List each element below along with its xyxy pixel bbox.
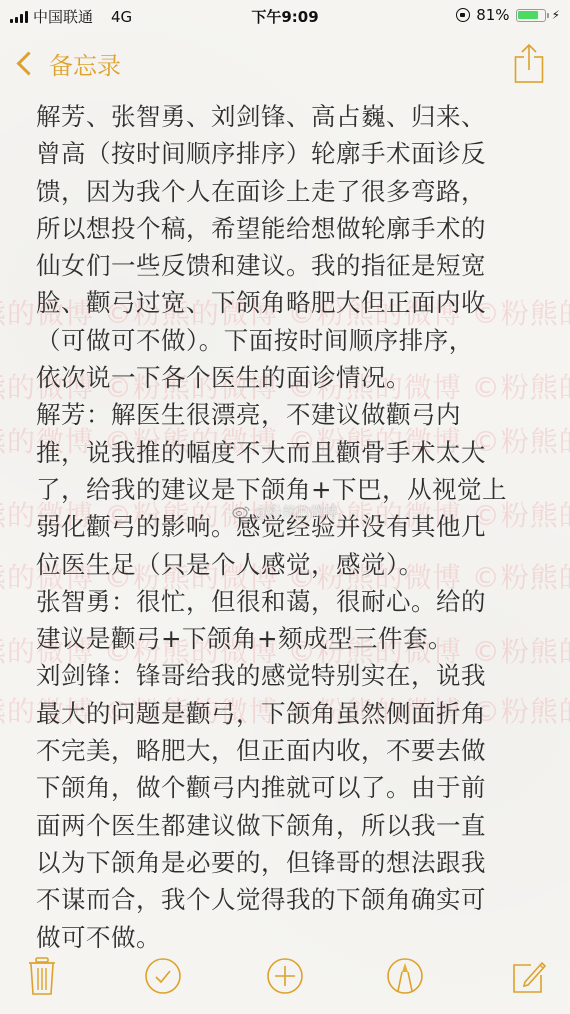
markup-button[interactable] [385, 956, 425, 996]
compose-button[interactable] [509, 956, 549, 996]
plus-circle-icon [265, 956, 305, 996]
add-button[interactable] [265, 956, 305, 996]
note-line: 解芳：解医生很漂亮，不建议做颧弓内 [36, 396, 516, 433]
share-icon [514, 42, 544, 84]
compose-icon [509, 956, 549, 996]
note-line: 馈，因为我个人在面诊上走了很多弯路， [36, 173, 516, 210]
note-line: 依次说一下各个医生的面诊情况。 [36, 359, 516, 396]
battery-icon [516, 9, 546, 22]
status-bar-right: 81% ⚡ [456, 6, 560, 24]
weibo-logo-icon [232, 505, 250, 519]
note-line: 最大的问题是颧弓，下颌角虽然侧面折角 [36, 695, 516, 732]
note-line: 面两个医生都建议做下颌角，所以我一直 [36, 807, 516, 844]
chevron-left-icon [16, 51, 40, 75]
note-line: 建议是颧弓+下颌角+颏成型三件套。 [36, 620, 516, 657]
trash-icon [22, 956, 62, 996]
battery-percent: 81% [476, 6, 509, 24]
delete-button[interactable] [22, 956, 62, 996]
navigation-bar: 备忘录 [0, 38, 570, 90]
checklist-button[interactable] [143, 956, 183, 996]
note-line: 位医生足（只是个人感觉，感觉）。 [36, 546, 516, 583]
note-line: 推，说我推的幅度不大而且颧骨手术太大 [36, 434, 516, 471]
back-button[interactable]: 备忘录 [14, 46, 121, 81]
note-line: 仙女们一些反馈和建议。我的指征是短宽 [36, 247, 516, 284]
note-line: 张智勇：很忙，但很和蔼，很耐心。给的 [36, 583, 516, 620]
note-line: 刘剑锋：锋哥给我的感觉特别实在，说我 [36, 657, 516, 694]
note-line: 下颌角，做个颧弓内推就可以了。由于前 [36, 769, 516, 806]
note-line: 脸、颧弓过宽、下颌角略肥大但正面内收 [36, 284, 516, 321]
note-line: 不完美，略肥大，但正面内收，不要去做 [36, 732, 516, 769]
note-line: 以为下颌角是必要的，但锋哥的想法跟我 [36, 844, 516, 881]
rotation-lock-icon [456, 8, 470, 22]
share-button[interactable] [514, 42, 544, 84]
charging-icon: ⚡ [552, 8, 560, 22]
back-label: 备忘录 [49, 46, 121, 81]
weibo-tag: @粉熊的微博 [254, 502, 338, 522]
pen-tip-circle-icon [385, 956, 425, 996]
checkmark-circle-icon [143, 956, 183, 996]
note-line: 解芳、张智勇、刘剑锋、高占巍、归来、 [36, 98, 516, 135]
bottom-toolbar [0, 944, 570, 1014]
status-bar: 中国联通 4G 下午9:09 81% ⚡ [0, 0, 570, 30]
note-line: 所以想投个稿，希望能给想做轮廓手术的 [36, 210, 516, 247]
note-line: 不谋而合，我个人觉得我的下颌角确实可 [36, 881, 516, 918]
weibo-watermark: @粉熊的微博 [232, 502, 338, 522]
note-line: 曾高（按时间顺序排序）轮廓手术面诊反 [36, 135, 516, 172]
note-body[interactable]: 解芳、张智勇、刘剑锋、高占巍、归来、 曾高（按时间顺序排序）轮廓手术面诊反 馈，… [36, 98, 516, 956]
note-line: （可做可不做）。下面按时间顺序排序， [36, 322, 516, 359]
